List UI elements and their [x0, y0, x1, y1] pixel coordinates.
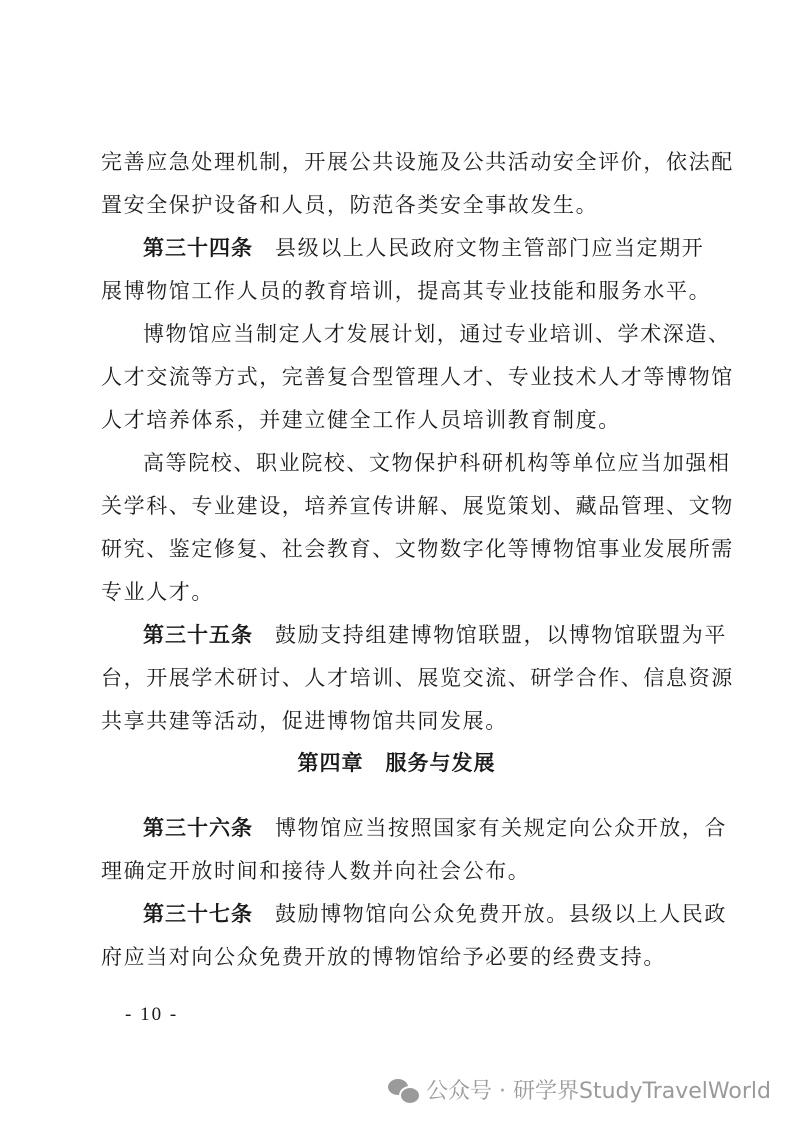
- text-line: 博物馆应当制定人才发展计划，通过专业培训、学术深造、: [143, 322, 695, 346]
- text-line: 置安全保护设备和人员，防范各类安全事故发生。: [101, 193, 695, 217]
- article-heading: 第三十五条: [143, 623, 253, 647]
- page-number: - 10 -: [125, 1004, 178, 1026]
- text-line: 理确定开放时间和接待人数并向社会公布。: [101, 859, 695, 883]
- article-text: 鼓励支持组建博物馆联盟，以博物馆联盟为平: [275, 623, 727, 647]
- text-line: 府应当对向公众免费开放的博物馆给予必要的经费支持。: [101, 945, 695, 969]
- text-line: 完善应急处理机制，开展公共设施及公共活动安全评价，依法配: [101, 150, 695, 174]
- article-heading: 第三十七条: [143, 902, 253, 926]
- text-line: 高等院校、职业院校、文物保护科研机构等单位应当加强相: [143, 451, 695, 475]
- wechat-icon: [388, 1077, 420, 1103]
- article-36: 第三十六条博物馆应当按照国家有关规定向公众开放，合: [143, 816, 695, 840]
- article-heading: 第三十六条: [143, 816, 253, 840]
- text-line: 关学科、专业建设，培养宣传讲解、展览策划、藏品管理、文物: [101, 494, 695, 518]
- text-line: 人才交流等方式，完善复合型管理人才、专业技术人才等博物馆: [101, 365, 695, 389]
- text-line: 人才培养体系，并建立健全工作人员培训教育制度。: [101, 408, 695, 432]
- document-page: 完善应急处理机制，开展公共设施及公共活动安全评价，依法配 置安全保护设备和人员，…: [0, 0, 793, 1122]
- article-34: 第三十四条县级以上人民政府文物主管部门应当定期开: [143, 236, 695, 260]
- text-line: 研究、鉴定修复、社会教育、文物数字化等博物馆事业发展所需: [101, 537, 695, 561]
- text-line: 台，开展学术研讨、人才培训、展览交流、研学合作、信息资源: [101, 666, 695, 690]
- text-line: 共享共建等活动，促进博物馆共同发展。: [101, 709, 695, 733]
- watermark: 公众号 · 研学界StudyTravelWorld: [388, 1074, 771, 1105]
- article-text: 鼓励博物馆向公众免费开放。县级以上人民政: [275, 902, 727, 926]
- article-35: 第三十五条鼓励支持组建博物馆联盟，以博物馆联盟为平: [143, 623, 695, 647]
- text-line: 展博物馆工作人员的教育培训，提高其专业技能和服务水平。: [101, 279, 695, 303]
- text-line: 专业人才。: [101, 580, 695, 604]
- article-text: 博物馆应当按照国家有关规定向公众开放，合: [275, 816, 727, 840]
- chapter-title: 第四章 服务与发展: [0, 751, 793, 775]
- watermark-text: 公众号 · 研学界StudyTravelWorld: [426, 1074, 771, 1105]
- article-text: 县级以上人民政府文物主管部门应当定期开: [275, 236, 704, 260]
- article-37: 第三十七条鼓励博物馆向公众免费开放。县级以上人民政: [143, 902, 695, 926]
- article-heading: 第三十四条: [143, 236, 253, 260]
